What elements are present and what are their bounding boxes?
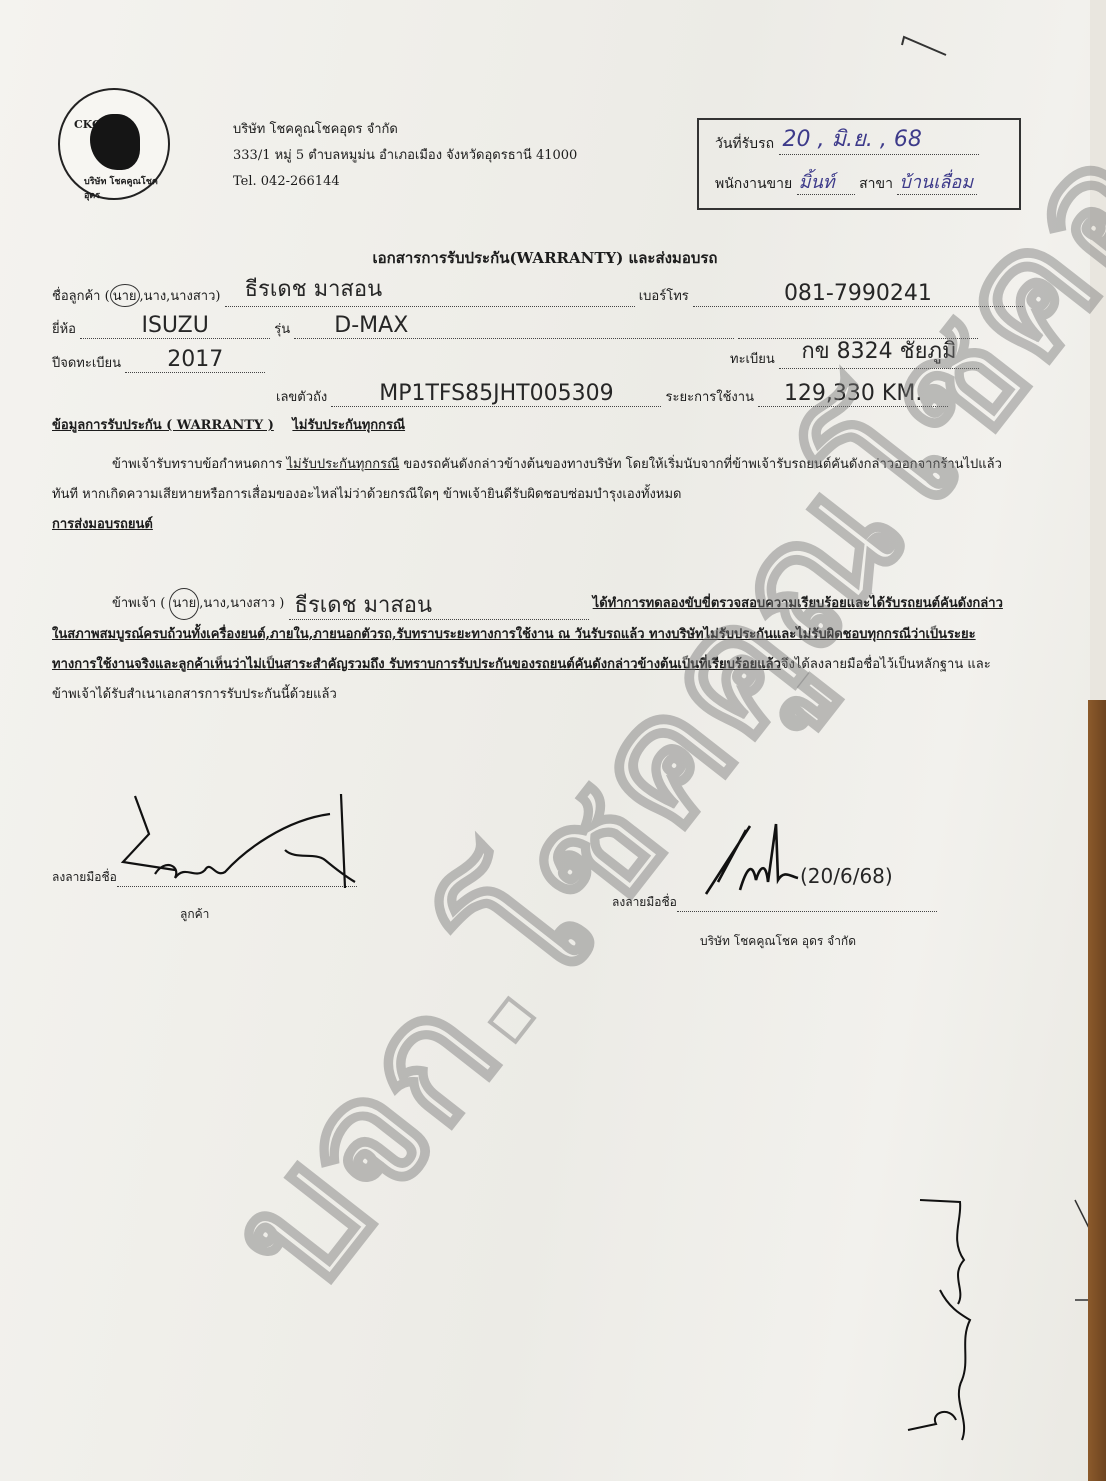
ack-title-options: ( นาย,นาง,นางสาว ) [160, 596, 284, 611]
company-phone: Tel. 042-266144 [233, 169, 577, 195]
model-value: D-MAX [294, 313, 734, 338]
company-signature-block: ลงลายมือชื่อ บริษัท โชคคูณโชค อุดร จำกัด [612, 893, 937, 951]
customer-sign-label: ลงลายมือชื่อ [52, 870, 117, 884]
branch-value: บ้านเลื่อม [899, 167, 973, 196]
document-page: CKC บริษัท โชคคูณโชค อุดร บริษัท โชคคูณโ… [0, 0, 1090, 1481]
company-sign-label: ลงลายมือชื่อ [612, 895, 677, 909]
salesperson-label: พนักงานขาย [715, 176, 792, 192]
delivery-subheading: การส่งมอบรถยนต์ [52, 517, 153, 532]
warranty-heading: ข้อมูลการรับประกัน ( WARRANTY ) [52, 418, 274, 433]
customer-row: ชื่อลูกค้า (นาย,นาง,นางสาว) ธีรเดช มาสอน… [52, 284, 1023, 307]
year-label: ปีจดทะเบียน [52, 352, 121, 373]
receipt-date-value: 20 , มิ.ย. , 68 [783, 121, 922, 156]
document-title: เอกสารการรับประกัน(WARRANTY) และส่งมอบรถ [0, 246, 1090, 270]
salesperson-value: มิ้นท์ [799, 167, 835, 196]
customer-role: ลูกค้า [180, 905, 357, 924]
plate-row: ทะเบียน กข 8324 ชัยภูมิ [730, 348, 979, 369]
logo-ring-text: บริษัท โชคคูณโชค อุดร [84, 174, 168, 202]
chassis-value: MP1TFS85JHT005309 [331, 381, 661, 406]
acknowledgement-paragraph: ข้าพเจ้า ( นาย,นาง,นางสาว ) ธีรเดช มาสอน… [52, 588, 1012, 710]
company-name: บริษัท โชคคูณโชคอุดร จำกัด [233, 117, 577, 143]
customer-signature [115, 790, 375, 900]
mileage-value: 129,330 KM. [758, 381, 948, 406]
ack-name-value: ธีรเดช มาสอน [295, 591, 433, 621]
customer-title-selected: นาย [110, 284, 140, 307]
terms-paragraph: ข้าพเจ้ารับทราบข้อกำหนดการ ไม่รับประกันท… [52, 450, 1012, 540]
year-value: 2017 [125, 347, 265, 372]
plate-value: กข 8324 ชัยภูมิ [779, 333, 979, 368]
brand-label: ยี่ห้อ [52, 318, 76, 339]
plate-label: ทะเบียน [730, 348, 775, 369]
branch-label: สาขา [859, 176, 893, 192]
chassis-row: เลขตัวถัง MP1TFS85JHT005309 ระยะการใช้งา… [52, 386, 948, 407]
chassis-label: เลขตัวถัง [276, 386, 327, 407]
mileage-label: ระยะการใช้งาน [666, 386, 754, 407]
warranty-section: ข้อมูลการรับประกัน ( WARRANTY ) ไม่รับปร… [52, 414, 419, 435]
model-label: รุ่น [274, 318, 290, 339]
terms-emphasis: ไม่รับประกันทุกกรณี [287, 457, 400, 472]
background-surface [1088, 700, 1106, 1481]
phoenix-logo-icon [90, 114, 140, 170]
customer-label: ชื่อลูกค้า [52, 285, 100, 306]
pen-mark [900, 35, 960, 65]
warranty-status: ไม่รับประกันทุกกรณี [292, 418, 405, 433]
company-address: 333/1 หมู่ 5 ตำบลหมูม่น อำเภอเมือง จังหว… [233, 143, 577, 169]
receipt-box: วันที่รับรถ 20 , มิ.ย. , 68 พนักงานขาย ม… [697, 118, 1021, 210]
brand-value: ISUZU [80, 313, 270, 338]
registration-row: ปีจดทะเบียน 2017 [52, 352, 265, 373]
receipt-date-label: วันที่รับรถ [715, 136, 774, 152]
company-info: บริษัท โชคคูณโชคอุดร จำกัด 333/1 หมู่ 5 … [233, 117, 577, 195]
phone-label: เบอร์โทร [639, 285, 689, 306]
customer-name-value: ธีรเดช มาสอน [225, 271, 635, 306]
company-sign-date: (20/6/68) [800, 864, 893, 888]
company-role: บริษัท โชคคูณโชค อุดร จำกัด [700, 932, 937, 951]
margin-signature [900, 1180, 1020, 1460]
company-logo: CKC บริษัท โชคคูณโชค อุดร [58, 88, 170, 200]
phone-value: 081-7990241 [693, 281, 1023, 306]
company-signature [700, 820, 900, 900]
ack-lead: ข้าพเจ้า [112, 596, 156, 611]
customer-title-options: (นาย,นาง,นางสาว) [105, 284, 221, 307]
terms-lead: ข้าพเจ้ารับทราบข้อกำหนดการ [112, 457, 282, 472]
